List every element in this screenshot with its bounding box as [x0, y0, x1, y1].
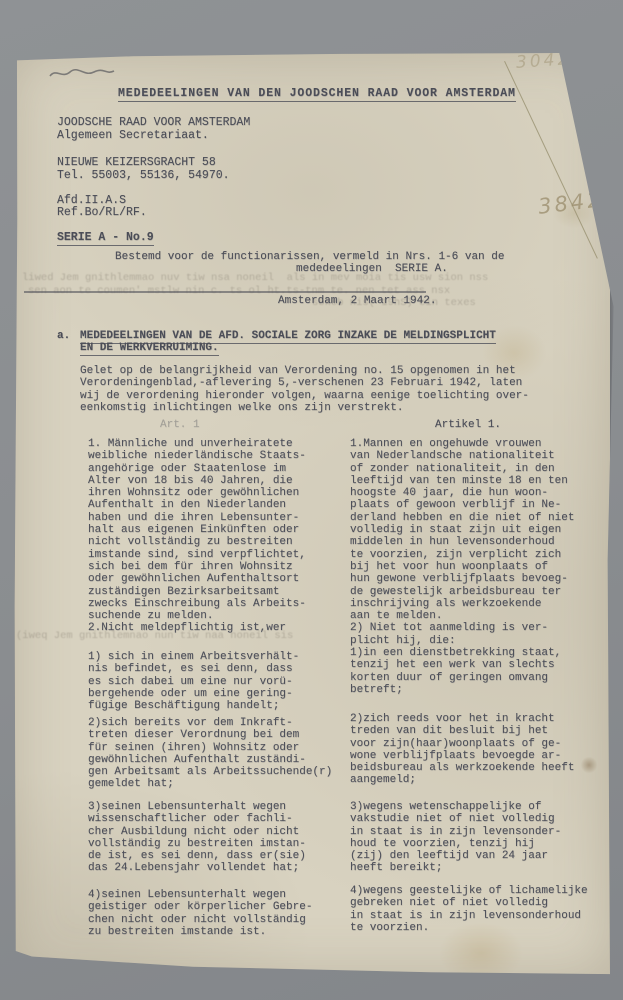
- document-line: in staat is in zijn levensonderhoud: [350, 910, 622, 922]
- document-line: 2) Niet tot aanmelding is ver-: [350, 622, 622, 634]
- document-line: 1.Mannen en ongehuwde vrouwen: [350, 438, 622, 450]
- document-line: vakstudie niet of niet volledig: [350, 813, 622, 825]
- document-line: derland hebben en die niet of niet: [350, 512, 622, 524]
- document-line: inschrijving als werkzoekende: [350, 598, 622, 610]
- document-line: (zij) den leeftijd van 24 jaar: [350, 850, 622, 862]
- document-line: aan te melden.: [350, 610, 622, 622]
- document-line: of zonder nationaliteit, in den: [350, 463, 622, 475]
- document-line: treden van dit besluit bij het: [350, 725, 622, 737]
- document-line: aangemeld;: [350, 774, 622, 786]
- document-page: 3042 3842 MEDEDEELINGEN VAN DEN JOODSCHE…: [14, 53, 610, 975]
- text-block: 2)zich reeds voor het in krachttreden va…: [350, 713, 622, 787]
- document-line: houd te voorzien, tenzij hij: [350, 838, 622, 850]
- document-line: hoogste 40 jaar, die hun woon-: [350, 487, 622, 499]
- text-block: 1.Mannen en ongehuwde vrouwenvan Nederla…: [350, 438, 622, 696]
- document-line: te voorzien.: [350, 922, 622, 934]
- column-dutch: 1.Mannen en ongehuwde vrouwenvan Nederla…: [14, 53, 610, 975]
- document-line: plicht hij, die:: [350, 635, 622, 647]
- document-line: tenzij het een werk van slechts: [350, 659, 622, 671]
- document-line: 1)in een dienstbetrekking staat,: [350, 647, 622, 659]
- document-line: de gewestelijk arbeidsbureau ter: [350, 586, 622, 598]
- document-line: 3)wegens wetenschappelijke of: [350, 801, 622, 813]
- document-line: te voorzien, zijn verplicht zich: [350, 549, 622, 561]
- document-line: hun gewone verblijfplaats bevoeg-: [350, 573, 622, 585]
- document-line: van Nederlandsche nationaliteit: [350, 450, 622, 462]
- document-line: bij het voor hun woonplaats of: [350, 561, 622, 573]
- document-line: gebreken niet of niet volledig: [350, 897, 622, 909]
- document-line: wone verblijfplaats bevoegde ar-: [350, 750, 622, 762]
- document-line: voor zijn(haar)woonplaats of ge-: [350, 738, 622, 750]
- document-line: heeft bereikt;: [350, 862, 622, 874]
- document-line: leeftijd van ten minste 18 en ten: [350, 475, 622, 487]
- document-line: betreft;: [350, 684, 622, 696]
- document-line: middelen in hun levensonderhoud: [350, 536, 622, 548]
- text-block: 3)wegens wetenschappelijke ofvakstudie n…: [350, 801, 622, 875]
- document-line: plaats of gewoon verblijf in Ne-: [350, 499, 622, 511]
- document-line: volledig in staat zijn uit eigen: [350, 524, 622, 536]
- document-line: korten duur of geringen omvang: [350, 672, 622, 684]
- document-line: in staat is in zijn levensonder-: [350, 826, 622, 838]
- text-block: 4)wegens geestelijke of lichamelijkegebr…: [350, 885, 622, 934]
- document-line: beidsbureau als werkzoekende heeft: [350, 762, 622, 774]
- document-line: 2)zich reeds voor het in kracht: [350, 713, 622, 725]
- scan-backdrop: 3042 3842 MEDEDEELINGEN VAN DEN JOODSCHE…: [0, 0, 623, 1000]
- document-line: 4)wegens geestelijke of lichamelijke: [350, 885, 622, 897]
